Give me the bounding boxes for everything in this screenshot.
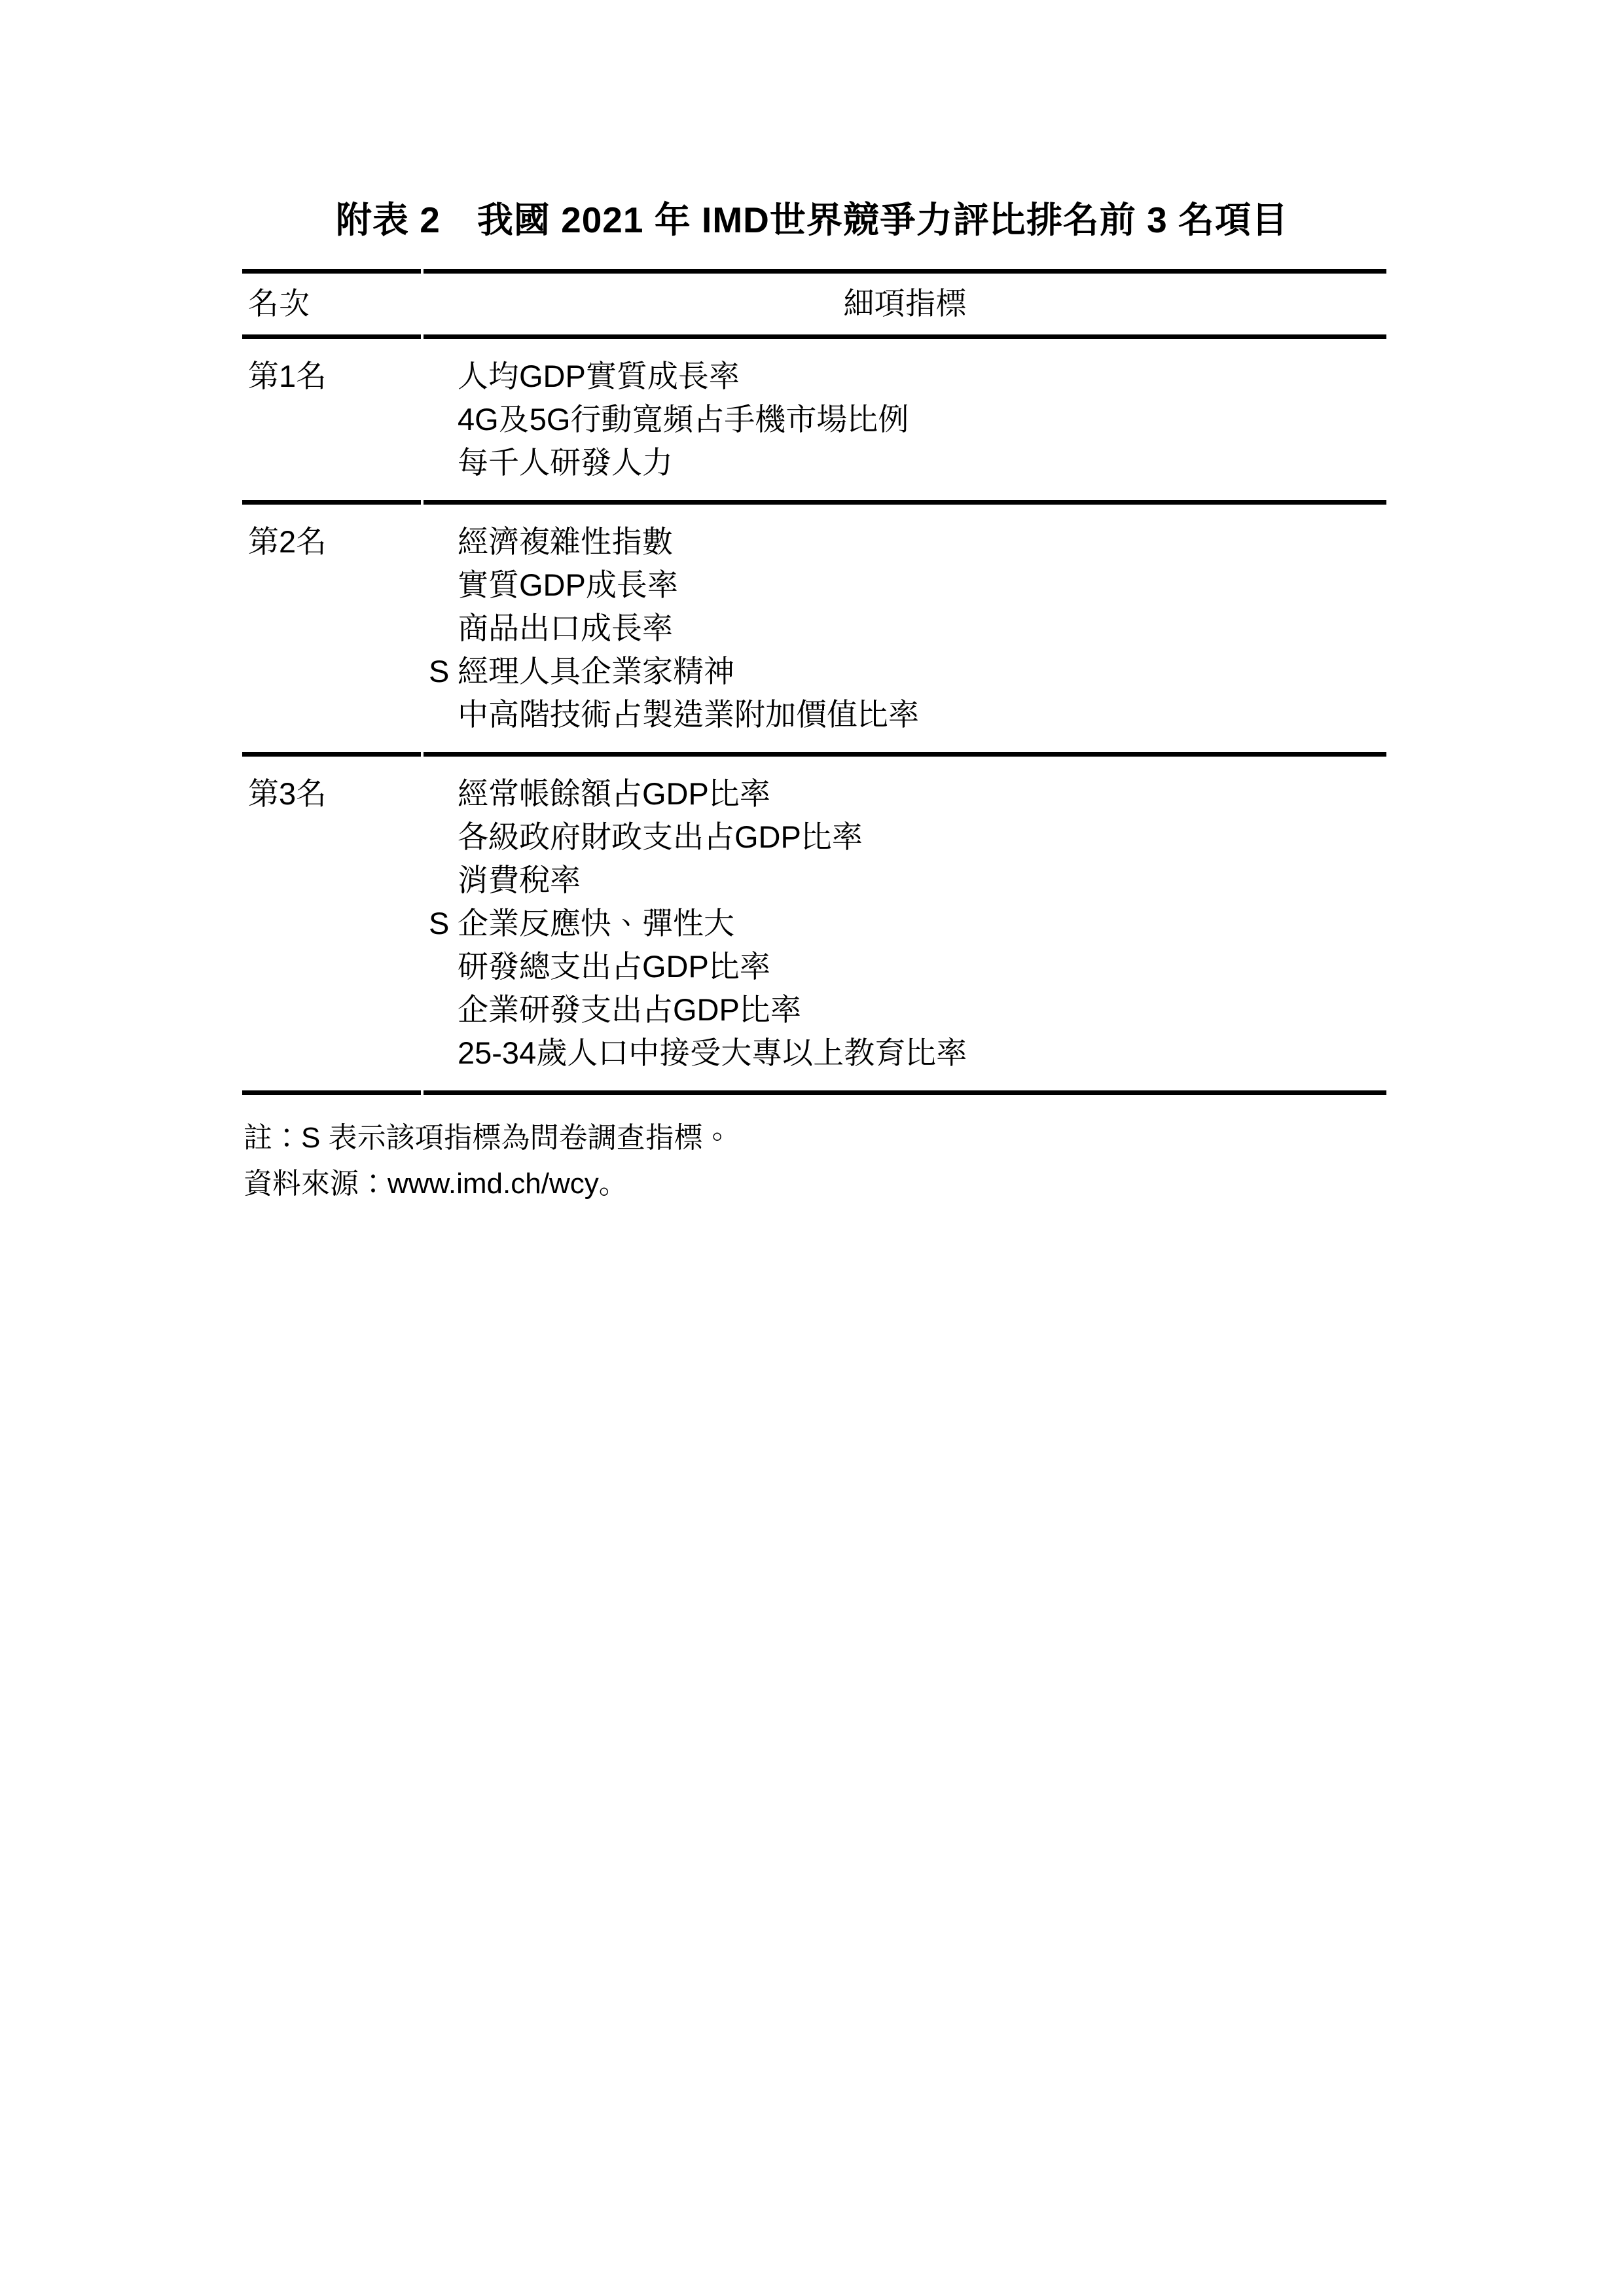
footnote-survey-definition: 註：S 表示該項指標為問卷調查指標。 <box>244 1115 732 1161</box>
document-page: 附表 2 我國 2021 年 IMD世界競爭力評比排名前 3 名項目 名次 細項… <box>0 0 1624 2296</box>
survey-flag <box>429 772 458 816</box>
survey-flag <box>429 945 458 988</box>
survey-flag: S <box>429 902 458 945</box>
table-row-rank3: 第3名 經常帳餘額占GDP比率 各級政府財政支出占GDP比率 消費稅率 <box>242 757 1386 1095</box>
indicator-line: 經濟複雜性指數 <box>429 520 1386 564</box>
table-header-row: 名次 細項指標 <box>242 269 1386 339</box>
indicator-line: 各級政府財政支出占GDP比率 <box>429 816 1386 859</box>
column-header-indicator: 細項指標 <box>424 269 1386 339</box>
indicator-line: 企業研發支出占GDP比率 <box>429 988 1386 1031</box>
table-row-rank1: 第1名 人均GDP實質成長率 4G及5G行動寬頻占手機市場比例 每千人研發人力 <box>242 339 1386 505</box>
survey-flag <box>429 441 458 484</box>
survey-flag <box>429 1031 458 1075</box>
indicator-text: 經濟複雜性指數 <box>458 520 673 564</box>
indicator-text: 商品出口成長率 <box>458 607 673 650</box>
indicator-text: 經常帳餘額占GDP比率 <box>458 772 770 816</box>
indicator-line: S 經理人具企業家精神 <box>429 650 1386 693</box>
rank-label: 第1名 <box>242 339 421 505</box>
table-footnotes: 註：S 表示該項指標為問卷調查指標。 資料來源：www.imd.ch/wcy。 <box>244 1115 732 1207</box>
indicator-line: S 企業反應快、彈性大 <box>429 902 1386 945</box>
indicator-list: 經濟複雜性指數 實質GDP成長率 商品出口成長率 S 經理人具企業家精神 <box>424 505 1386 757</box>
indicator-text: 實質GDP成長率 <box>458 564 678 607</box>
indicator-line: 每千人研發人力 <box>429 441 1386 484</box>
survey-flag <box>429 398 458 441</box>
indicator-text: 每千人研發人力 <box>458 441 673 484</box>
survey-flag <box>429 859 458 902</box>
table-body: 第1名 人均GDP實質成長率 4G及5G行動寬頻占手機市場比例 每千人研發人力 <box>242 339 1386 1095</box>
indicator-text: 25-34歲人口中接受大專以上教育比率 <box>458 1031 967 1075</box>
rank-label: 第3名 <box>242 757 421 1095</box>
indicator-text: 研發總支出占GDP比率 <box>458 945 770 988</box>
indicator-text: 消費稅率 <box>458 859 581 902</box>
table-caption: 附表 2 我國 2021 年 IMD世界競爭力評比排名前 3 名項目 <box>0 191 1624 243</box>
survey-flag <box>429 520 458 564</box>
indicator-line: 消費稅率 <box>429 859 1386 902</box>
column-header-rank: 名次 <box>242 269 421 339</box>
indicator-line: 中高階技術占製造業附加價值比率 <box>429 693 1386 736</box>
indicator-text: 經理人具企業家精神 <box>458 650 734 693</box>
indicator-line: 25-34歲人口中接受大專以上教育比率 <box>429 1031 1386 1075</box>
indicator-line: 4G及5G行動寬頻占手機市場比例 <box>429 398 1386 441</box>
indicator-line: 研發總支出占GDP比率 <box>429 945 1386 988</box>
indicator-text: 中高階技術占製造業附加價值比率 <box>458 693 919 736</box>
indicator-line: 人均GDP實質成長率 <box>429 355 1386 398</box>
indicator-text: 人均GDP實質成長率 <box>458 355 740 398</box>
survey-flag <box>429 693 458 736</box>
survey-flag <box>429 607 458 650</box>
indicator-text: 企業反應快、彈性大 <box>458 902 734 945</box>
indicator-text: 企業研發支出占GDP比率 <box>458 988 801 1031</box>
survey-flag: S <box>429 650 458 693</box>
ranking-table: 名次 細項指標 第1名 人均GDP實質成長率 4G及5G行動寬頻占手機市場比例 <box>242 269 1386 1095</box>
indicator-line: 經常帳餘額占GDP比率 <box>429 772 1386 816</box>
indicator-text: 各級政府財政支出占GDP比率 <box>458 816 863 859</box>
table-row-rank2: 第2名 經濟複雜性指數 實質GDP成長率 商品出口成長率 <box>242 505 1386 757</box>
rank-label: 第2名 <box>242 505 421 757</box>
indicator-line: 商品出口成長率 <box>429 607 1386 650</box>
survey-flag <box>429 355 458 398</box>
indicator-line: 實質GDP成長率 <box>429 564 1386 607</box>
indicator-list: 人均GDP實質成長率 4G及5G行動寬頻占手機市場比例 每千人研發人力 <box>424 339 1386 505</box>
indicator-text: 4G及5G行動寬頻占手機市場比例 <box>458 398 909 441</box>
survey-flag <box>429 988 458 1031</box>
survey-flag <box>429 816 458 859</box>
indicator-list: 經常帳餘額占GDP比率 各級政府財政支出占GDP比率 消費稅率 S 企業反應快、… <box>424 757 1386 1095</box>
survey-flag <box>429 564 458 607</box>
footnote-source: 資料來源：www.imd.ch/wcy。 <box>244 1161 732 1207</box>
